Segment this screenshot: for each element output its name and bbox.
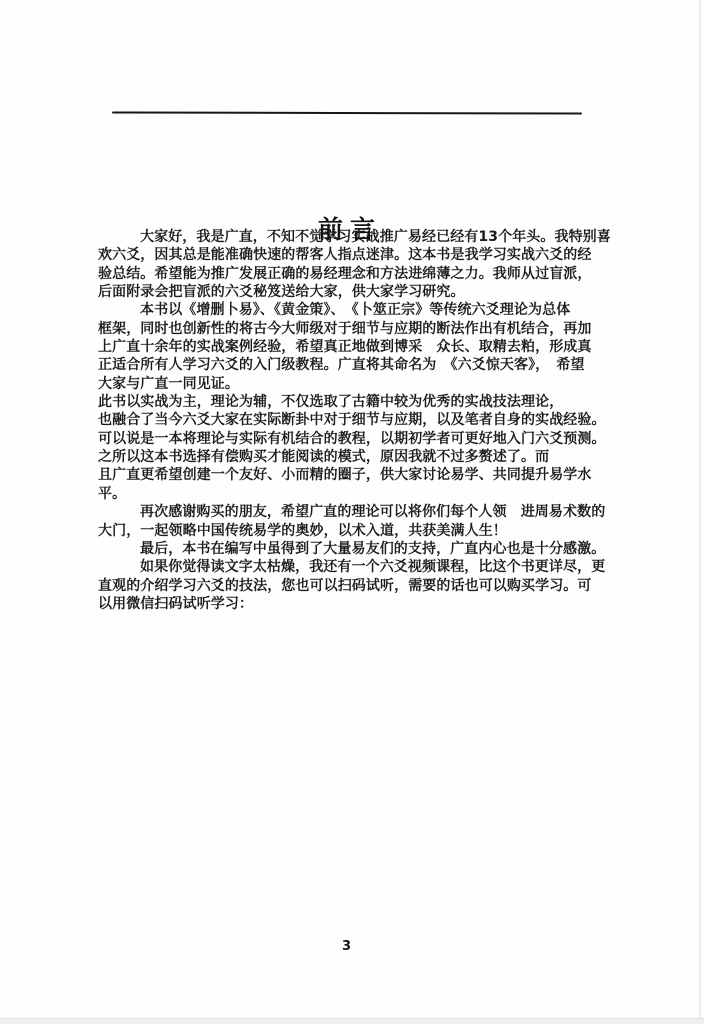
text-line: 之所以这本书选择有偿购买才能阅读的模式，原因我就不过多赘述了。而	[98, 448, 604, 466]
text-line: 欢六爻，因其总是能准确快速的帮客人指点迷津。这本书是我学习实战六爻的经	[98, 246, 604, 264]
text-line: 框架，同时也创新性的将古今大师级对于细节与应期的断法作出有机结合，再加	[98, 320, 604, 338]
scan-edge-right	[699, 0, 701, 1024]
text-line: 平。	[98, 485, 604, 503]
text-line: 可以说是一本将理论与实际有机结合的教程，以期初学者可更好地入门六爻预测。	[98, 430, 604, 448]
text-line: 且广直更希望创建一个友好、小而精的圈子，供大家讨论易学、共同提升易学水	[98, 466, 604, 484]
text-line: 如果你觉得读文字太枯燥，我还有一个六爻视频课程，比这个书更详尽，更	[98, 558, 604, 576]
text-line: 正适合所有人学习六爻的入门级教程。广直将其命名为 《六爻惊天客》， 希望	[98, 356, 604, 374]
body-text: 大家好，我是广直，不知不觉学习实战推广易经已经有13个年头。我特别喜欢六爻，因其…	[98, 228, 604, 613]
scanned-book-page: 前言 大家好，我是广直，不知不觉学习实战推广易经已经有13个年头。我特别喜欢六爻…	[0, 0, 704, 1024]
text-line: 以用微信扫码试听学习：	[98, 595, 604, 613]
text-line: 本书以《增删卜易》、《黄金策》、 《卜筮正宗》等传统六爻理论为总体	[98, 301, 604, 319]
header-rule	[112, 112, 582, 115]
text-line: 再次感谢购买的朋友，希望广直的理论可以将你们每个人领 进周易术数的	[98, 503, 604, 521]
scan-edge-bottom	[0, 1018, 704, 1024]
text-line: 大家与广直一同见证。	[98, 375, 604, 393]
text-line: 直观的介绍学习六爻的技法，您也可以扫码试听，需要的话也可以购买学习。可	[98, 577, 604, 595]
text-line: 大门，一起领略中国传统易学的奥妙，以术入道，共获美满人生！	[98, 522, 604, 540]
text-line: 验总结。希望能为推广发展正确的易经理念和方法进绵薄之力。我师从过盲派，	[98, 265, 604, 283]
text-line: 最后，本书在编写中虽得到了大量易友们的支持，广直内心也是十分感激。	[98, 540, 604, 558]
page-number: 3	[98, 939, 595, 954]
text-line: 上广直十余年的实战案例经验，希望真正地做到博采 众长、取精去粕，形成真	[98, 338, 604, 356]
text-line: 后面附录会把盲派的六爻秘笈送给大家，供大家学习研究。	[98, 283, 604, 301]
text-line: 此书以实战为主，理论为辅，不仅选取了古籍中较为优秀的实战技法理论，	[98, 393, 604, 411]
text-line: 也融合了当今六爻大家在实际断卦中对于细节与应期，以及笔者自身的实战经验。	[98, 411, 604, 429]
text-line: 大家好，我是广直，不知不觉学习实战推广易经已经有13个年头。我特别喜	[98, 228, 604, 246]
